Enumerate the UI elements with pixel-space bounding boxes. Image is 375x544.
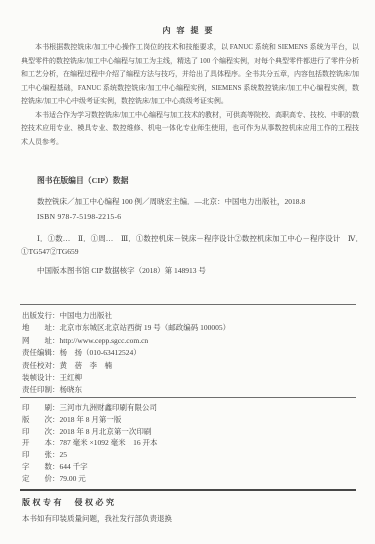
row-value: 2018 年 8 月第一版 xyxy=(60,414,122,426)
row-label: 出版发行： xyxy=(22,310,60,322)
copyright-notice: 版权专有 侵权必究 xyxy=(22,497,117,508)
printing-row: 印 张：25 xyxy=(22,449,362,461)
printing-row: 印 次：2018 年 8 月北京第一次印刷 xyxy=(22,426,362,438)
printing-row: 字 数：644 千字 xyxy=(22,461,362,473)
publisher-row: 出版发行：中国电力出版社 xyxy=(22,310,362,322)
row-label: 印 张： xyxy=(22,449,60,461)
publisher-row: 责任印制：杨晓东 xyxy=(22,384,362,396)
row-value: 25 xyxy=(60,449,68,461)
row-label: 印 次： xyxy=(22,426,60,438)
row-label: 字 数： xyxy=(22,461,60,473)
row-value: 杨晓东 xyxy=(60,384,83,396)
row-label: 网 址： xyxy=(22,335,60,347)
divider xyxy=(20,397,356,398)
row-value: 2018 年 8 月北京第一次印刷 xyxy=(60,426,152,438)
divider xyxy=(20,304,356,305)
row-label: 装帧设计： xyxy=(22,372,60,384)
row-value: 79.00 元 xyxy=(60,473,86,485)
summary-text: 本书根据数控铣床/加工中心操作工岗位的技术和技能要求，以 FANUC 系统和 S… xyxy=(21,41,359,149)
row-label: 责任校对： xyxy=(22,360,60,372)
publisher-info: 出版发行：中国电力出版社 地 址：北京市东城区北京站西街 19 号（邮政编码 1… xyxy=(22,310,362,397)
row-value: 北京市东城区北京站西街 19 号（邮政编码 100005） xyxy=(60,322,231,334)
publisher-row: 责任编辑：杨 扬（010-63412524） xyxy=(22,347,362,359)
row-label: 地 址： xyxy=(22,322,60,334)
cip-block: 图书在版编目（CIP）数据 数控铣床／加工中心编程 100 例／周晓宏主编．—北… xyxy=(21,176,363,276)
publisher-website: http://www.cepp.sgcc.com.cn xyxy=(60,335,149,347)
row-value: 三河市九洲财鑫印刷有限公司 xyxy=(60,402,158,414)
row-label: 责任印制： xyxy=(22,384,60,396)
row-label: 开 本： xyxy=(22,437,60,449)
row-value: 中国电力出版社 xyxy=(60,310,113,322)
quality-statement: 本书如有印装质量问题，我社发行部负责退换 xyxy=(22,513,172,524)
row-label: 定 价： xyxy=(22,473,60,485)
publisher-row: 装帧设计：王红柳 xyxy=(22,372,362,384)
row-value: 787 毫米 ×1092 毫米 16 开本 xyxy=(60,437,158,449)
row-value: 644 千字 xyxy=(60,461,88,473)
row-value: 黄 蓓 李 楠 xyxy=(60,360,113,372)
summary-paragraph: 本书根据数控铣床/加工中心操作工岗位的技术和技能要求，以 FANUC 系统和 S… xyxy=(21,41,359,109)
cip-header: 图书在版编目（CIP）数据 xyxy=(37,176,363,186)
publisher-row: 责任校对：黄 蓓 李 楠 xyxy=(22,360,362,372)
row-value: 王红柳 xyxy=(60,372,83,384)
publisher-row: 地 址：北京市东城区北京站西街 19 号（邮政编码 100005） xyxy=(22,322,362,334)
divider-heavy xyxy=(20,489,356,491)
printing-info: 印 刷：三河市九洲财鑫印刷有限公司 版 次：2018 年 8 月第一版 印 次：… xyxy=(22,402,362,485)
row-value: 杨 扬（010-63412524） xyxy=(60,347,141,359)
row-label: 责任编辑： xyxy=(22,347,60,359)
printing-row: 开 本：787 毫米 ×1092 毫米 16 开本 xyxy=(22,437,362,449)
row-label: 版 次： xyxy=(22,414,60,426)
cip-title-line: 数控铣床／加工中心编程 100 例／周晓宏主编．—北京：中国电力出版社，2018… xyxy=(37,197,363,207)
cip-isbn: ISBN 978-7-5198-2215-6 xyxy=(37,212,363,222)
printing-row: 印 刷：三河市九洲财鑫印刷有限公司 xyxy=(22,402,362,414)
row-label: 印 刷： xyxy=(22,402,60,414)
copyright-page: 内容提要 本书根据数控铣床/加工中心操作工岗位的技术和技能要求，以 FANUC … xyxy=(0,0,375,544)
printing-row: 定 价：79.00 元 xyxy=(22,473,362,485)
publisher-row: 网 址：http://www.cepp.sgcc.com.cn xyxy=(22,335,362,347)
summary-title: 内容提要 xyxy=(0,25,375,36)
summary-paragraph: 本书适合作为学习数控铣床/加工中心编程与加工技术的教材，可供高等院校、高职高专、… xyxy=(21,109,359,150)
cip-classification: Ⅰ．①数… Ⅱ．①周… Ⅲ．①数控机床－铣床－程序设计②数控机床加工中心－程序设… xyxy=(21,232,363,258)
printing-row: 版 次：2018 年 8 月第一版 xyxy=(22,414,362,426)
cip-record-number: 中国版本图书馆 CIP 数据核字（2018）第 148913 号 xyxy=(37,266,363,276)
